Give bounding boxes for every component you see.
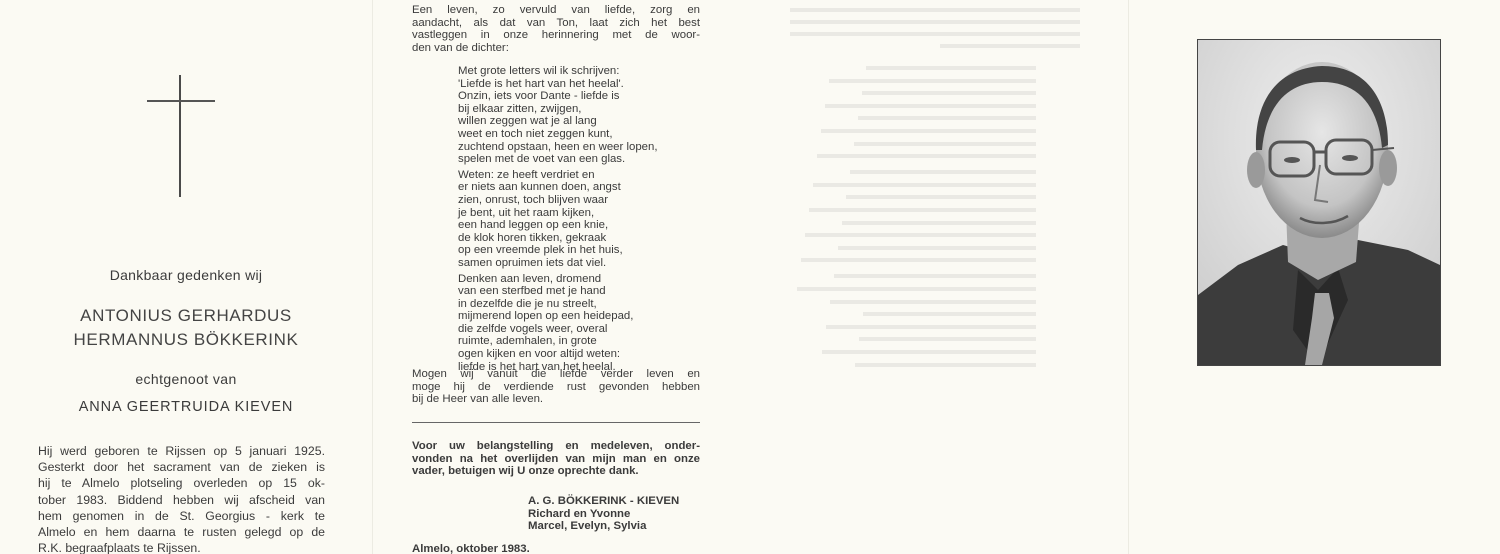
poem-line: spelen met de voet van een glas.	[458, 153, 658, 166]
signers: A. G. BÖKKERINK - KIEVENRichard en Yvonn…	[528, 495, 679, 533]
poem-line: 'Liefde is het hart van het heelal'.	[458, 78, 658, 91]
signer-line: Marcel, Evelyn, Sylvia	[528, 520, 679, 533]
poem-line: weet en toch niet zeggen kunt,	[458, 128, 658, 141]
poem-intro: Een leven, zo vervuld van liefde, zorg e…	[412, 4, 700, 54]
show-through-text	[750, 0, 1128, 554]
spouse-name: ANNA GEERTRUIDA KIEVEN	[0, 399, 372, 415]
panel-poem: Een leven, zo vervuld van liefde, zorg e…	[372, 0, 750, 554]
intro-line: den van de dichter:	[412, 42, 700, 55]
poem-line: Weten: ze heeft verdriet en	[458, 169, 658, 182]
poem-line: Denken aan leven, dromend	[458, 273, 658, 286]
bio-line: hij te Almelo plotseling overleden op 15…	[38, 475, 325, 491]
bio-line: Hij werd geboren te Rijssen op 5 januari…	[38, 443, 325, 459]
poem-line: de klok horen tikken, gekraak	[458, 232, 658, 245]
closing-line: Mogen wij vanuit die liefde verder leven…	[412, 368, 700, 381]
poem-line: die zelfde vogels weer, overal	[458, 323, 658, 336]
closing-line: moge hij de verdiende rust gevonden hebb…	[412, 381, 700, 394]
poem-line: ogen kijken en voor altijd weten:	[458, 348, 658, 361]
poem-line: er niets aan kunnen doen, angst	[458, 181, 658, 194]
poem-line: zuchtend opstaan, heen en weer lopen,	[458, 141, 658, 154]
poem-stanza: Met grote letters wil ik schrijven:'Lief…	[458, 65, 658, 166]
deceased-name: ANTONIUS GERHARDUS HERMANNUS BÖKKERINK	[0, 304, 372, 352]
biography: Hij werd geboren te Rijssen op 5 januari…	[38, 443, 325, 554]
poem-line: je bent, uit het raam kijken,	[458, 207, 658, 220]
place-date: Almelo, oktober 1983.	[412, 543, 530, 554]
panel-blank	[750, 0, 1128, 554]
bio-line: R.K. begraafplaats te Rijssen.	[38, 540, 325, 554]
poem-line: samen opruimen iets dat viel.	[458, 257, 658, 270]
bio-line: tober 1983. Biddend hebben wij afscheid …	[38, 492, 325, 508]
intro-line: aandacht, als dat van Ton, laat zich het…	[412, 17, 700, 30]
poem: Met grote letters wil ik schrijven:'Lief…	[458, 65, 658, 376]
thanks-line: vonden na het overlijden van mijn man en…	[412, 453, 700, 466]
signer-line: A. G. BÖKKERINK - KIEVEN	[528, 495, 679, 508]
poem-line: Onzin, iets voor Dante - liefde is	[458, 90, 658, 103]
poem-stanza: Denken aan leven, dromendvan een sterfbe…	[458, 273, 658, 374]
poem-line: in dezelfde die je nu streelt,	[458, 298, 658, 311]
panel-front: Dankbaar gedenken wij ANTONIUS GERHARDUS…	[0, 0, 372, 554]
thanks-line: vader, betuigen wij U onze oprechte dank…	[412, 465, 700, 478]
signer-line: Richard en Yvonne	[528, 508, 679, 521]
thanks-text: Voor uw belangstelling en medeleven, ond…	[412, 440, 700, 478]
poem-line: van een sterfbed met je hand	[458, 285, 658, 298]
poem-line: ruimte, ademhalen, in grote	[458, 335, 658, 348]
poem-line: op een vreemde plek in het huis,	[458, 244, 658, 257]
poem-line: Met grote letters wil ik schrijven:	[458, 65, 658, 78]
thanks-line: Voor uw belangstelling en medeleven, ond…	[412, 440, 700, 453]
relation-text: echtgenoot van	[0, 371, 372, 387]
intro-line: vastleggen in onze herinnering met de wo…	[412, 29, 700, 42]
bio-line: hem genomen in de St. Georgius - kerk te	[38, 508, 325, 524]
poem-line: een hand leggen op een knie,	[458, 219, 658, 232]
cross-icon	[147, 75, 215, 197]
poem-stanza: Weten: ze heeft verdriet ener niets aan …	[458, 169, 658, 270]
closing-line: bij de Heer van alle leven.	[412, 393, 700, 406]
divider	[412, 422, 700, 423]
poem-line: willen zeggen wat je al lang	[458, 115, 658, 128]
intro-text: Dankbaar gedenken wij	[0, 267, 372, 283]
closing-prayer: Mogen wij vanuit die liefde verder leven…	[412, 368, 700, 406]
bio-line: Gesterkt door het sacrament van de zieke…	[38, 459, 325, 475]
poem-line: bij elkaar zitten, zwijgen,	[458, 103, 658, 116]
portrait-photo	[1197, 39, 1441, 366]
poem-line: mijmerend lopen op een heidepad,	[458, 310, 658, 323]
bio-line: Almelo en hem daarna te rusten gelegd op…	[38, 524, 325, 540]
poem-line: zien, onrust, toch blijven waar	[458, 194, 658, 207]
intro-line: Een leven, zo vervuld van liefde, zorg e…	[412, 4, 700, 17]
panel-photo	[1128, 0, 1500, 554]
